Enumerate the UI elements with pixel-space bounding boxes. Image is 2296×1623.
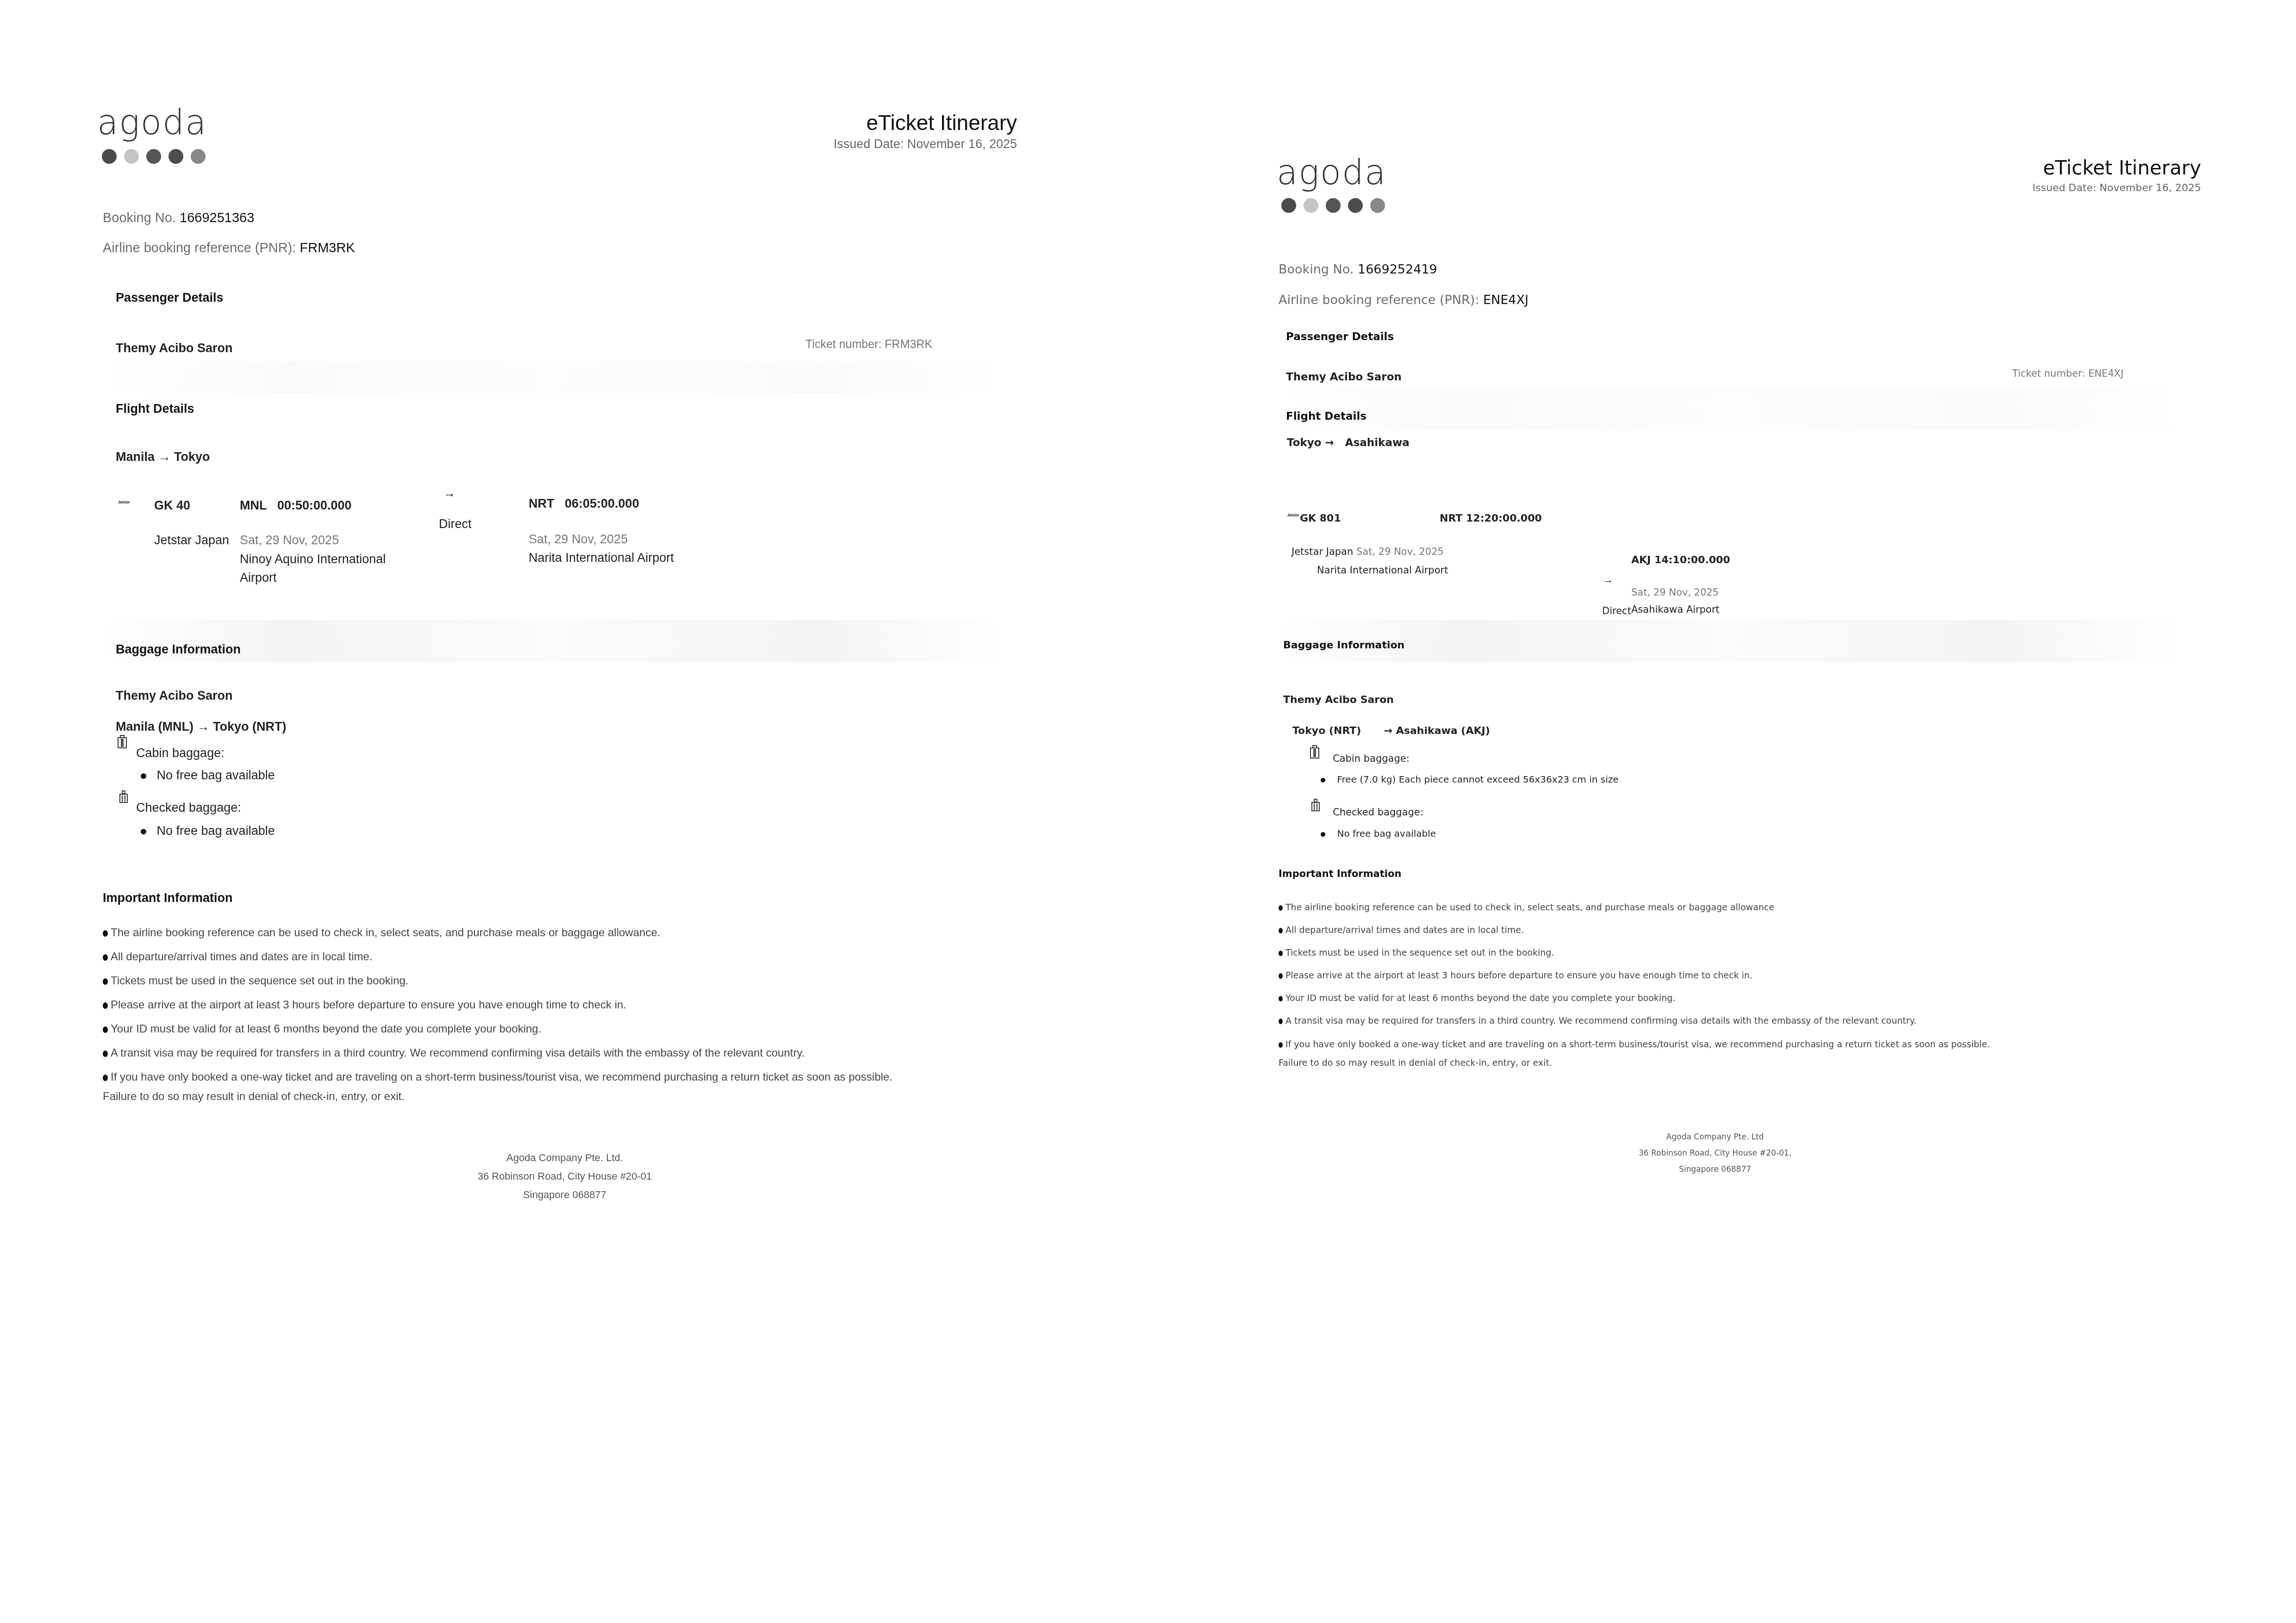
info-item: The airline booking reference can be use… [103, 921, 892, 945]
agoda-logo-dots [1281, 198, 1385, 213]
issued-date: Issued Date: November 16, 2025 [834, 137, 1017, 151]
logo-dot [1304, 198, 1318, 213]
bullet [141, 829, 146, 834]
info-item-trailing: Failure to do so may result in denial of… [1279, 1054, 1990, 1072]
info-item: The airline booking reference can be use… [1279, 896, 1990, 919]
pnr-code: ENE4XJ [1483, 293, 1529, 307]
bullet [103, 1075, 108, 1081]
baggage-info-heading: Baggage Information [1283, 640, 1404, 651]
booking-number-row: Booking No. 1669251363 [103, 211, 254, 226]
arrival-time: 14:10:00.000 [1654, 554, 1730, 566]
stops-label: Direct [439, 517, 472, 531]
logo-dot [124, 149, 139, 164]
info-item: Tickets must be used in the sequence set… [103, 969, 892, 993]
logo-dot [146, 149, 161, 164]
issued-date: Issued Date: November 16, 2025 [2033, 182, 2201, 194]
arrival-code-time: AKJ 14:10:00.000 [1631, 554, 1730, 566]
bullet [1279, 996, 1283, 1001]
baggage-passenger-name: Themy Acibo Saron [1283, 694, 1394, 706]
info-item: Your ID must be valid for at least 6 mon… [1279, 987, 1990, 1010]
checked-bag-icon [119, 790, 129, 804]
departure-airport: Ninoy Aquino International [240, 552, 386, 566]
logo-dot [102, 149, 117, 164]
cabin-baggage-item: Free (7.0 kg) Each piece cannot exceed 5… [1321, 774, 1619, 785]
departure-code: MNL [240, 498, 267, 512]
logo-dot [1326, 198, 1341, 213]
bullet [103, 1051, 108, 1057]
agoda-logo: agoda [1277, 153, 1386, 193]
departure-code: NRT [1440, 513, 1462, 524]
bullet [103, 1002, 108, 1009]
important-info-list: The airline booking reference can be use… [1279, 896, 1990, 1072]
arrival-date: Sat, 29 Nov, 2025 [529, 532, 628, 547]
pnr-label: Airline booking reference (PNR): [1279, 293, 1479, 307]
footer-city: Singapore 068877 [1613, 1162, 1817, 1178]
departure-time: 00:50:00.000 [277, 498, 352, 512]
baggage-route-from: Tokyo (NRT) [1292, 725, 1361, 737]
booking-number-label: Booking No. [1279, 262, 1354, 277]
flight-number: GK 801 [1300, 513, 1341, 524]
passenger-details-heading: Passenger Details [1286, 331, 1394, 343]
cabin-bag-icon [117, 735, 127, 749]
booking-number: 1669252419 [1358, 262, 1437, 277]
logo-dot [1370, 198, 1385, 213]
flight-details-heading: Flight Details [116, 402, 194, 416]
flight-details-heading: Flight Details [1286, 410, 1366, 423]
cabin-baggage-label: Cabin baggage: [1333, 753, 1410, 764]
passenger-details-heading: Passenger Details [116, 291, 224, 305]
checked-baggage-label: Checked baggage: [1333, 807, 1423, 818]
scan-artifact [1278, 620, 2180, 662]
document-title: eTicket Itinerary [2043, 156, 2201, 179]
logo-dot [168, 149, 183, 164]
info-item: All departure/arrival times and dates ar… [1279, 919, 1990, 942]
arrival-airport: Narita International Airport [529, 551, 674, 565]
itinerary-page-2: agoda eTicket Itinerary Issued Date: Nov… [1148, 0, 2296, 1623]
bullet [1279, 951, 1283, 956]
bullet [1279, 973, 1283, 979]
booking-number: 1669251363 [180, 211, 254, 225]
ticket-number: Ticket number: FRM3RK [805, 338, 932, 351]
info-item: A transit visa may be required for trans… [1279, 1010, 1990, 1032]
bullet [1321, 778, 1325, 783]
info-item: If you have only booked a one-way ticket… [103, 1068, 892, 1087]
baggage-info-heading: Baggage Information [116, 642, 241, 657]
info-item: Your ID must be valid for at least 6 mon… [103, 1017, 892, 1041]
agoda-logo-dots [102, 149, 206, 164]
cabin-baggage-item: No free bag available [141, 768, 275, 783]
info-item: Tickets must be used in the sequence set… [1279, 942, 1990, 964]
info-item: Please arrive at the airport at least 3 … [103, 993, 892, 1017]
pnr-label: Airline booking reference (PNR): [103, 241, 296, 255]
footer-address: 36 Robinson Road, City House #20-01 [426, 1167, 704, 1186]
info-item: All departure/arrival times and dates ar… [103, 945, 892, 969]
agoda-logo: agoda [97, 103, 207, 143]
pnr-row: Airline booking reference (PNR): ENE4XJ [1279, 293, 1529, 307]
logo-dot [1281, 198, 1296, 213]
arrival-airport: Asahikawa Airport [1631, 604, 1720, 615]
cabin-baggage-value: Free (7.0 kg) Each piece cannot exceed 5… [1337, 774, 1618, 785]
footer-city: Singapore 068877 [426, 1186, 704, 1204]
footer-company: Agoda Company Pte. Ltd. [426, 1149, 704, 1167]
cabin-baggage-label: Cabin baggage: [136, 746, 225, 760]
checked-bag-icon [1310, 799, 1321, 813]
arrival-time: 06:05:00.000 [565, 497, 639, 510]
passenger-name: Themy Acibo Saron [116, 341, 233, 355]
passenger-name: Themy Acibo Saron [1286, 371, 1402, 383]
footer-company: Agoda Company Pte. Ltd [1613, 1129, 1817, 1145]
arrival-date: Sat, 29 Nov, 2025 [1631, 587, 1719, 598]
bullet [103, 954, 108, 961]
bullet [1321, 832, 1325, 837]
arrow-right-icon: → [1603, 574, 1613, 586]
departure-airport-cont: Airport [240, 571, 277, 585]
ticket-number: Ticket number: ENE4XJ [2012, 368, 2123, 379]
booking-number-row: Booking No. 1669252419 [1279, 262, 1437, 277]
bullet [103, 978, 108, 985]
important-info-list: The airline booking reference can be use… [103, 921, 892, 1107]
itinerary-page-1: agoda eTicket Itinerary Issued Date: Nov… [0, 0, 1148, 1623]
scan-artifact [1278, 389, 2180, 430]
info-item: If you have only booked a one-way ticket… [1279, 1035, 1990, 1054]
bullet [141, 773, 146, 779]
baggage-route: Tokyo (NRT) → Asahikawa (AKJ) [1292, 725, 1490, 737]
info-item: A transit visa may be required for trans… [103, 1041, 892, 1065]
departure-date: Sat, 29 Nov, 2025 [1356, 546, 1444, 557]
arrival-code: NRT [529, 497, 555, 510]
important-info-heading: Important Information [1279, 868, 1401, 879]
departure-code-time: MNL 00:50:00.000 [240, 498, 352, 513]
departure-date: Sat, 29 Nov, 2025 [240, 533, 339, 547]
cabin-bag-icon [1310, 745, 1320, 759]
departure-info-row: Jetstar Japan Sat, 29 Nov, 2025 [1291, 546, 1444, 557]
checked-baggage-value: No free bag available [157, 824, 275, 838]
jetstar-logo-icon: Jetstar [1287, 513, 1299, 517]
bullet [1279, 928, 1283, 933]
company-footer: Agoda Company Pte. Ltd 36 Robinson Road,… [1613, 1129, 1817, 1178]
document-title: eTicket Itinerary [866, 110, 1017, 135]
bullet [1279, 905, 1283, 911]
arrow-right-icon: → [443, 486, 455, 500]
departure-airport: Narita International Airport [1317, 565, 1448, 576]
baggage-route-to: → Asahikawa (AKJ) [1384, 725, 1490, 737]
footer-address: 36 Robinson Road, City House #20-01, [1613, 1145, 1817, 1162]
info-item-trailing: Failure to do so may result in denial of… [103, 1087, 892, 1107]
bullet [1279, 1042, 1283, 1048]
logo-dot [191, 149, 206, 164]
checked-baggage-item: No free bag available [1321, 828, 1436, 839]
important-info-heading: Important Information [103, 891, 232, 905]
departure-code-time: NRT 12:20:00.000 [1440, 513, 1542, 524]
arrival-code-time: NRT 06:05:00.000 [529, 497, 639, 511]
baggage-passenger-name: Themy Acibo Saron [116, 689, 233, 703]
airline-name: Jetstar Japan [1291, 546, 1353, 557]
scan-artifact [102, 361, 1004, 393]
bullet [103, 1026, 108, 1033]
bullet [103, 930, 108, 937]
info-item: Please arrive at the airport at least 3 … [1279, 964, 1990, 987]
jetstar-logo-icon: Jetstar [118, 500, 130, 504]
checked-baggage-item: No free bag available [141, 824, 275, 838]
stops-label: Direct [1602, 605, 1631, 616]
flight-route: Manila → Tokyo [116, 450, 210, 464]
flight-route: Tokyo → Asahikawa [1287, 437, 1410, 449]
cabin-baggage-value: No free bag available [157, 768, 275, 782]
arrival-code: AKJ [1631, 554, 1651, 566]
checked-baggage-label: Checked baggage: [136, 801, 241, 815]
airline-name: Jetstar Japan [154, 533, 229, 547]
bullet [1279, 1019, 1283, 1024]
pnr-code: FRM3RK [300, 241, 355, 255]
pnr-row: Airline booking reference (PNR): FRM3RK [103, 241, 355, 256]
logo-dot [1348, 198, 1363, 213]
flight-number: GK 40 [154, 498, 190, 513]
departure-time: 12:20:00.000 [1466, 513, 1542, 524]
baggage-route: Manila (MNL) → Tokyo (NRT) [116, 720, 286, 734]
checked-baggage-value: No free bag available [1337, 828, 1436, 839]
booking-number-label: Booking No. [103, 211, 176, 225]
company-footer: Agoda Company Pte. Ltd. 36 Robinson Road… [426, 1149, 704, 1204]
